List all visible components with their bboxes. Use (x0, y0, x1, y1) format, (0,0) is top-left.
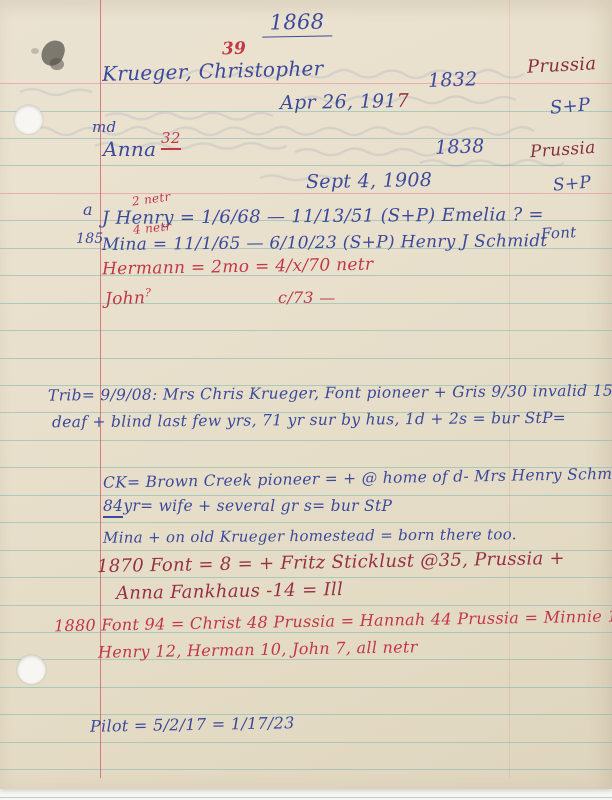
ck-note-line3: Mina + on old Krueger homestead = born t… (103, 526, 517, 546)
child-john-line: John? (105, 287, 152, 309)
child-mina-line: Mina = 11/1/65 — 6/10/23 (S+P) Henry J S… (102, 232, 548, 255)
john-name: John (105, 288, 146, 309)
rule-line (0, 495, 612, 496)
rule-line (0, 440, 612, 441)
hole-punch-top (14, 105, 43, 134)
mina-margin-font: Font (541, 224, 577, 242)
ck-note-line1: CK= Brown Creek pioneer = + @ home of d-… (103, 465, 612, 492)
trib-note-line1: Trib= 9/9/08: Mrs Chris Krueger, Font pi… (48, 382, 612, 404)
ck-note-line2: 84yr= wife + several gr s= bur StP (103, 498, 392, 515)
spouse-birth-place: Prussia (529, 139, 596, 162)
spouse-name: Anna (103, 138, 156, 160)
birth-place: Prussia (527, 54, 597, 77)
scanned-ledger-page: { "colors": { "ink_blue": "#3c4a9c", "in… (0, 0, 612, 800)
henry-superscript: 2 netr (131, 190, 171, 208)
death-date: Apr 26, 1917 (280, 91, 410, 114)
rule-line (0, 605, 612, 606)
pilot-note: Pilot = 5/2/17 = 1/17/23 (90, 714, 295, 735)
death-place: S+P (549, 95, 591, 118)
page-title: 1868 (252, 10, 342, 35)
married-abbrev: md (92, 119, 116, 136)
annotation-39: 39 (222, 40, 247, 60)
paper-sheet: 1868 39 Krueger, Christopher 1832 Prussi… (0, 0, 612, 789)
rule-line (0, 687, 612, 688)
ink-smudge (31, 48, 39, 54)
john-note: c/73 — (278, 289, 336, 307)
margin-number-185: 185 (76, 232, 104, 247)
rule-line (0, 797, 612, 798)
ck-line2-rest: yr= wife + several gr s= bur StP (123, 497, 392, 515)
rule-line (0, 83, 612, 84)
rule-line (0, 714, 612, 715)
birth-year: 1832 (428, 69, 478, 92)
rule-line (0, 138, 612, 139)
ck-underlined-84: 84 (103, 497, 123, 518)
death-date-last-digit: 7 (397, 90, 410, 112)
margin-letter-a: a (83, 201, 93, 219)
census-1870-line2: Anna Fankhaus -14 = Ill (116, 580, 343, 604)
spouse-annotation: 32 (161, 130, 181, 147)
rule-line (0, 330, 612, 331)
trib-note-line2: deaf + blind last few yrs, 71 yr sur by … (52, 410, 566, 432)
rule-line (0, 577, 612, 578)
rule-line (0, 522, 612, 523)
spouse-annotation-num: 32 (161, 129, 181, 150)
census-1880-line2: Henry 12, Herman 10, John 7, all netr (98, 638, 418, 661)
rule-line (0, 742, 612, 743)
rule-line (0, 165, 612, 166)
census-1870-line1: 1870 Font = 8 = + Fritz Sticklust @35, P… (97, 549, 565, 577)
census-1880-line1: 1880 Font 94 = Christ 48 Prussia = Hanna… (54, 607, 612, 635)
rule-line (0, 659, 612, 660)
spouse-death-date: Sept 4, 1908 (306, 170, 433, 193)
page-title-text: 1868 (261, 9, 332, 37)
hole-punch-bottom (17, 655, 46, 684)
rule-line (0, 769, 612, 770)
subject-name: Krueger, Christopher (102, 57, 324, 85)
rule-line (0, 358, 612, 359)
spouse-death-place: S+P (552, 173, 592, 195)
ink-smudge (50, 58, 64, 70)
john-question-mark: ? (145, 286, 152, 299)
spouse-birth-year: 1838 (435, 136, 485, 159)
death-date-main: Apr 26, 191 (280, 90, 397, 114)
